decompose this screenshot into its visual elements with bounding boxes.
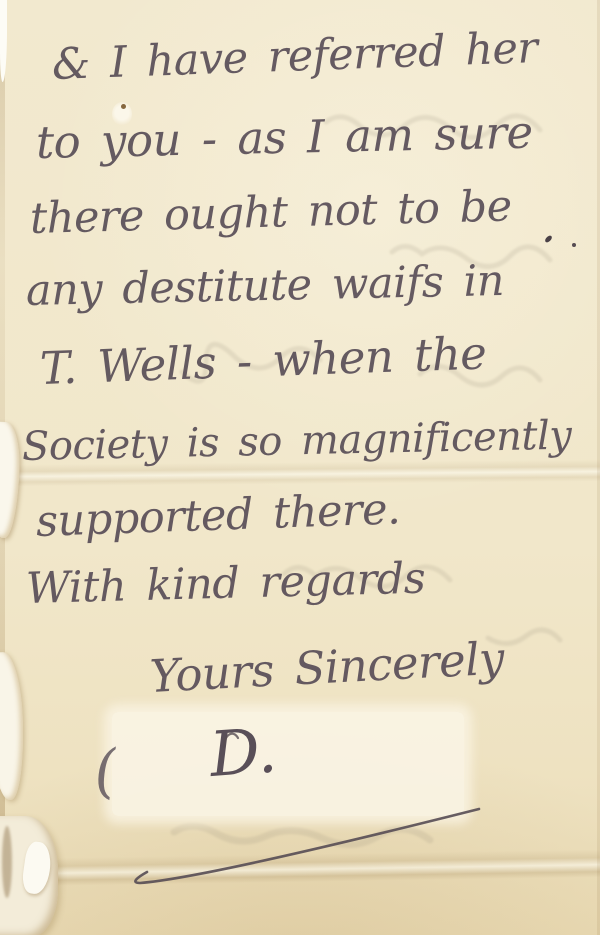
letter-page: & I have referred her to you - as I am s… [0, 0, 600, 935]
signature-flourish-line [0, 0, 600, 935]
